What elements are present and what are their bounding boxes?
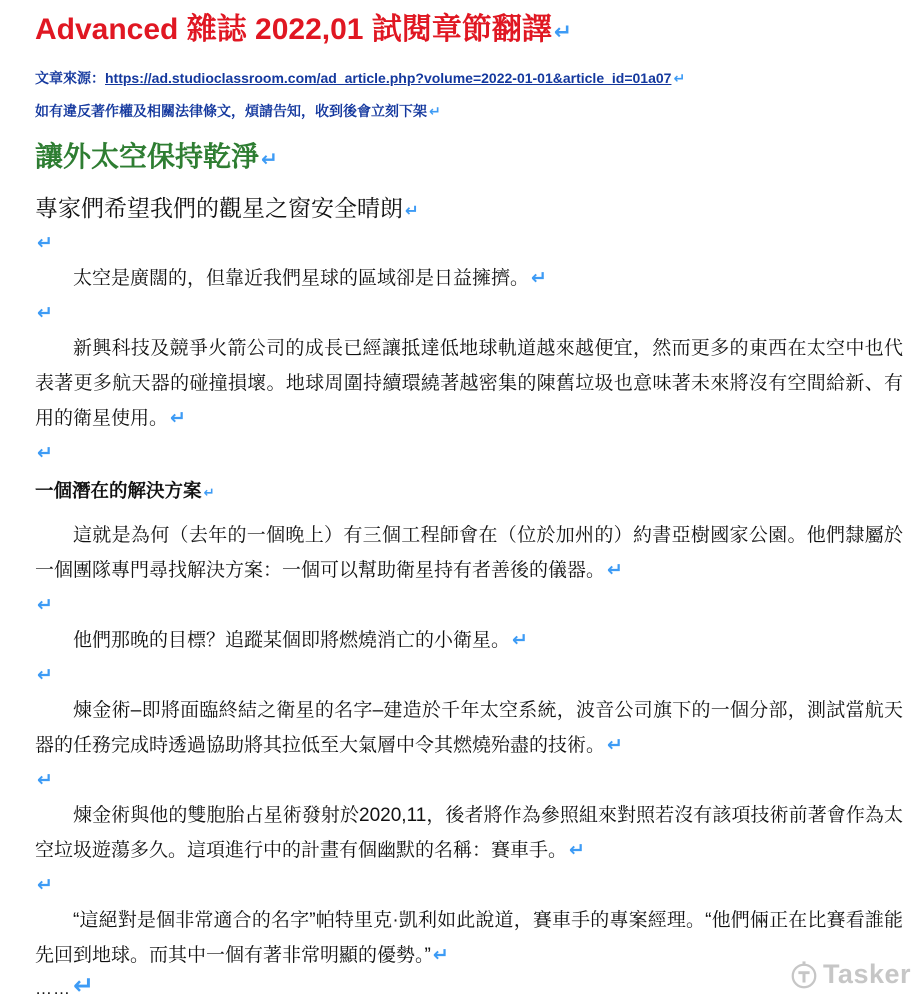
- paragraph-mark-icon: ↵: [431, 944, 449, 966]
- paragraph-mark-icon: ↵: [552, 20, 572, 45]
- paragraph-text: 這就是為何（去年的一個晚上）有三個工程師會在（位於加州的）約書亞樹國家公園。他們…: [35, 525, 903, 581]
- paragraph-text: 煉金術–即將面臨終結之衛星的名字–建造於千年太空系統，波音公司旗下的一個分部，測…: [35, 700, 903, 756]
- article-subtitle: 專家們希望我們的觀星之窗安全晴朗↵: [35, 193, 903, 226]
- paragraph-mark-icon: ↵: [427, 104, 441, 120]
- paragraph-text: 他們那晚的目標？追蹤某個即將燃燒消亡的小衛星。: [73, 630, 510, 651]
- disclaimer-line: 如有違反著作權及相關法律條文，煩請告知，收到後會立刻下架↵: [35, 102, 903, 121]
- paragraph-mark-icon: ↵: [35, 232, 53, 254]
- ellipsis-text: ……: [35, 979, 71, 998]
- paragraph-mark-icon: ↵: [168, 407, 186, 429]
- paragraph: 這就是為何（去年的一個晚上）有三個工程師會在（位於加州的）約書亞樹國家公園。他們…: [35, 518, 903, 588]
- paragraph-text: 太空是廣闊的，但靠近我們星球的區域卻是日益擁擠。: [73, 268, 529, 289]
- paragraph-text: 煉金術與他的雙胞胎占星術發射於2020,11，後者將作為參照組來對照若沒有該項技…: [35, 805, 903, 861]
- ellipsis-line: ……↵: [35, 973, 903, 999]
- paragraph-mark-icon: ↵: [35, 664, 53, 686]
- empty-paragraph: ↵: [35, 296, 903, 331]
- paragraph-mark-icon: ↵: [35, 302, 53, 324]
- paragraph-mark-icon: ↵: [403, 201, 419, 220]
- section-heading: 一個潛在的解決方案↵: [35, 471, 903, 518]
- document-page: Advanced 雜誌 2022,01 試閱章節翻譯↵ 文章來源：https:/…: [0, 0, 921, 999]
- source-line: 文章來源：https://ad.studioclassroom.com/ad_a…: [35, 69, 903, 88]
- paragraph-text: “這絕對是個非常適合的名字”帕特里克·凱利如此說道，賽車手的專案經理。“他們倆正…: [35, 910, 903, 966]
- empty-paragraph: ↵: [35, 226, 903, 261]
- page-title: Advanced 雜誌 2022,01 試閱章節翻譯↵: [35, 12, 903, 51]
- source-url-link[interactable]: https://ad.studioclassroom.com/ad_articl…: [105, 70, 671, 86]
- paragraph-mark-icon: ↵: [35, 769, 53, 791]
- tasker-watermark: Tasker: [789, 959, 911, 990]
- paragraph-mark-icon: ↵: [510, 629, 528, 651]
- page-title-text: Advanced 雜誌 2022,01 試閱章節翻譯: [35, 13, 552, 46]
- section-heading-text: 一個潛在的解決方案: [35, 480, 202, 501]
- paragraph-mark-icon: ↵: [35, 442, 53, 464]
- paragraph: 新興科技及競爭火箭公司的成長已經讓抵達低地球軌道越來越便宜，然而更多的東西在太空…: [35, 331, 903, 436]
- empty-paragraph: ↵: [35, 436, 903, 471]
- watermark-label: Tasker: [823, 959, 911, 990]
- paragraph: 煉金術–即將面臨終結之衛星的名字–建造於千年太空系統，波音公司旗下的一個分部，測…: [35, 693, 903, 763]
- paragraph-text: 新興科技及競爭火箭公司的成長已經讓抵達低地球軌道越來越便宜，然而更多的東西在太空…: [35, 338, 903, 429]
- empty-paragraph: ↵: [35, 763, 903, 798]
- article-subtitle-text: 專家們希望我們的觀星之窗安全晴朗: [35, 195, 403, 221]
- paragraph-mark-icon: ↵: [71, 971, 95, 1000]
- article-title: 讓外太空保持乾淨↵: [35, 141, 903, 175]
- source-label: 文章來源：: [35, 70, 105, 86]
- paragraph-mark-icon: ↵: [529, 267, 547, 289]
- empty-paragraph: ↵: [35, 658, 903, 693]
- paragraph: 煉金術與他的雙胞胎占星術發射於2020,11，後者將作為參照組來對照若沒有該項技…: [35, 798, 903, 868]
- empty-paragraph: ↵: [35, 868, 903, 903]
- paragraph-mark-icon: ↵: [567, 839, 585, 861]
- paragraph-mark-icon: ↵: [202, 486, 215, 501]
- tasker-logo-icon: [789, 960, 819, 990]
- paragraph-mark-icon: ↵: [605, 559, 623, 581]
- article-title-text: 讓外太空保持乾淨: [35, 141, 259, 172]
- paragraph-mark-icon: ↵: [605, 734, 623, 756]
- paragraph-mark-icon: ↵: [259, 147, 278, 171]
- paragraph: “這絕對是個非常適合的名字”帕特里克·凱利如此說道，賽車手的專案經理。“他們倆正…: [35, 903, 903, 973]
- paragraph: 太空是廣闊的，但靠近我們星球的區域卻是日益擁擠。↵: [35, 261, 903, 296]
- paragraph-mark-icon: ↵: [35, 874, 53, 896]
- paragraph-mark-icon: ↵: [35, 594, 53, 616]
- paragraph-mark-icon: ↵: [671, 71, 685, 87]
- disclaimer-text: 如有違反著作權及相關法律條文，煩請告知，收到後會立刻下架: [35, 103, 427, 119]
- paragraph: 他們那晚的目標？追蹤某個即將燃燒消亡的小衛星。↵: [35, 623, 903, 658]
- empty-paragraph: ↵: [35, 588, 903, 623]
